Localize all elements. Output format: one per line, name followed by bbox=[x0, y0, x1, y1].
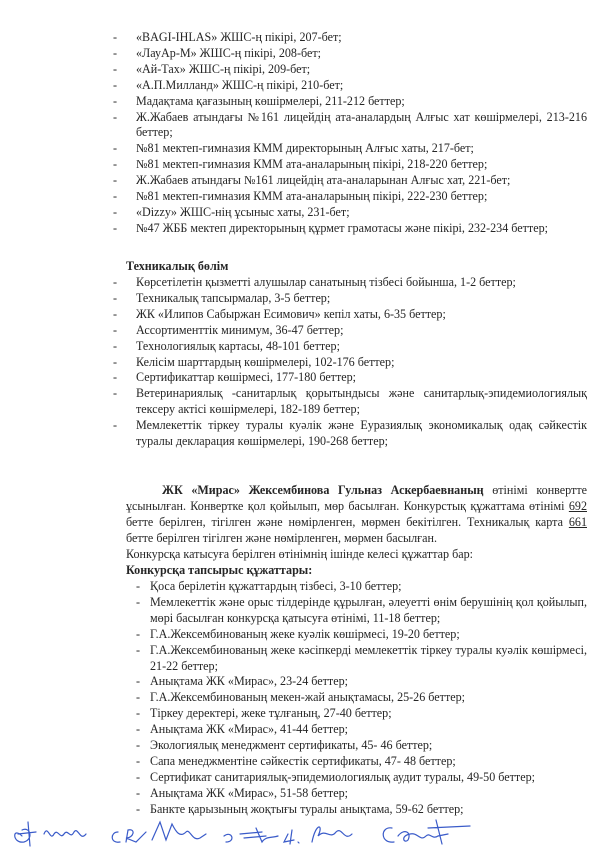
paragraph-text: бетте берілген тігілген және нөмірленген… bbox=[126, 531, 437, 545]
bullet: - bbox=[136, 754, 146, 770]
list-item: -Сапа менеджментіне сәйкестік сертификат… bbox=[126, 754, 587, 770]
bullet: - bbox=[136, 738, 146, 754]
bullet: - bbox=[136, 722, 146, 738]
item-text: ЖК «Илипов Сабыржан Есимович» кепіл хаты… bbox=[136, 307, 446, 321]
bullet: - bbox=[113, 62, 123, 78]
list-item: -«ЛауАр-М» ЖШС-ң пікірі, 208-бет; bbox=[113, 46, 587, 62]
item-text: №47 ЖББ мектеп директорының құрмет грамо… bbox=[136, 221, 548, 235]
technical-section-heading: Техникалық бөлім bbox=[126, 259, 228, 275]
bullet: - bbox=[136, 674, 146, 690]
item-text: «Dizzy» ЖШС-нің ұсыныс хаты, 231-бет; bbox=[136, 205, 350, 219]
bullet: - bbox=[136, 643, 146, 659]
list-item: -Мадақтама қағазының көшірмелері, 211-21… bbox=[113, 94, 587, 110]
list-item: -Сертификат санитариялық-эпидемиологиялы… bbox=[126, 770, 587, 786]
bullet: - bbox=[113, 110, 123, 126]
bullet: - bbox=[113, 173, 123, 189]
list-item: -Техникалық тапсырмалар, 3-5 беттер; bbox=[113, 291, 587, 307]
item-text: №81 мектеп-гимназия КММ ата-аналарының п… bbox=[136, 189, 487, 203]
list-item: -Ж.Жабаев атындағы №161 лицейдің ата-ана… bbox=[113, 173, 587, 189]
list-item: -Келісім шарттардың көшірмелері, 102-176… bbox=[113, 355, 587, 371]
paragraph-text: бетте берілген, тігілген және нөмірленге… bbox=[126, 515, 569, 529]
item-text: Мадақтама қағазының көшірмелері, 211-212… bbox=[136, 94, 405, 108]
list-item: -Ветеринариялық -санитарлық қорытындысы … bbox=[113, 386, 587, 418]
list-item: -Ассортименттік минимум, 36-47 беттер; bbox=[113, 323, 587, 339]
list-item: -Ж.Жабаев атындағы №161 лицейдің ата-ана… bbox=[113, 110, 587, 142]
document-page: -«BAGI-IHLAS» ЖШС-ң пікірі, 207-бет; -«Л… bbox=[0, 0, 601, 850]
bullet: - bbox=[136, 770, 146, 786]
bullet: - bbox=[136, 786, 146, 802]
bullet: - bbox=[113, 323, 123, 339]
signature-2 bbox=[112, 822, 206, 842]
list-item: -Экологиялық менеджмент сертификаты, 45-… bbox=[126, 738, 587, 754]
item-text: «Ай-Тах» ЖШС-ң пікірі, 209-бет; bbox=[136, 62, 310, 76]
item-text: Г.А.Жексембинованың мекен-жай анықтамасы… bbox=[150, 690, 465, 704]
bullet: - bbox=[136, 690, 146, 706]
bullet: - bbox=[113, 46, 123, 62]
bullet: - bbox=[113, 189, 123, 205]
item-text: «BAGI-IHLAS» ЖШС-ң пікірі, 207-бет; bbox=[136, 30, 342, 44]
bullet: - bbox=[113, 221, 123, 237]
tech-card-pages: 661 bbox=[569, 515, 587, 529]
signature-1 bbox=[15, 822, 86, 846]
item-text: Анықтама ЖК «Мирас», 23-24 беттер; bbox=[150, 674, 348, 688]
item-text: Сертификаттар көшірмесі, 177-180 беттер; bbox=[136, 370, 356, 384]
bullet: - bbox=[113, 157, 123, 173]
item-text: Көрсетілетін қызметті алушылар санатының… bbox=[136, 275, 516, 289]
bullet: - bbox=[136, 706, 146, 722]
item-text: №81 мектеп-гимназия КММ ата-аналарының п… bbox=[136, 157, 487, 171]
item-text: Г.А.Жексембинованың жеке кәсіпкерді мемл… bbox=[150, 643, 587, 673]
list-item: -«Ай-Тах» ЖШС-ң пікірі, 209-бет; bbox=[113, 62, 587, 78]
list-item: -№47 ЖББ мектеп директорының құрмет грам… bbox=[113, 221, 587, 237]
item-text: Экологиялық менеджмент сертификаты, 45- … bbox=[150, 738, 432, 752]
item-text: Техникалық тапсырмалар, 3-5 беттер; bbox=[136, 291, 330, 305]
appendix-list: -«BAGI-IHLAS» ЖШС-ң пікірі, 207-бет; -«Л… bbox=[113, 30, 587, 237]
list-item: -Технологиялық картасы, 48-101 беттер; bbox=[113, 339, 587, 355]
list-item: -Қоса берілетін құжаттардың тізбесі, 3-1… bbox=[126, 579, 587, 595]
list-item: -«Dizzy» ЖШС-нің ұсыныс хаты, 231-бет; bbox=[113, 205, 587, 221]
list-item: -Г.А.Жексембинованың жеке куәлік көшірме… bbox=[126, 627, 587, 643]
technical-list: -Көрсетілетін қызметті алушылар санатыны… bbox=[113, 275, 587, 450]
total-pages: 692 bbox=[569, 499, 587, 513]
bullet: - bbox=[113, 30, 123, 46]
item-text: Анықтама ЖК «Мирас», 41-44 беттер; bbox=[150, 722, 348, 736]
signature-3 bbox=[224, 827, 352, 844]
item-text: №81 мектеп-гимназия КММ директорының Алғ… bbox=[136, 141, 474, 155]
signature-4 bbox=[383, 820, 470, 844]
bullet: - bbox=[136, 595, 146, 611]
bullet: - bbox=[113, 355, 123, 371]
documents-intro: Конкурсқа катысуға берілген өтінімнің іш… bbox=[126, 547, 473, 563]
bullet: - bbox=[113, 78, 123, 94]
item-text: Тіркеу деректері, жеке тұлғаның, 27-40 б… bbox=[150, 706, 392, 720]
item-text: Ассортименттік минимум, 36-47 беттер; bbox=[136, 323, 343, 337]
item-text: Технологиялық картасы, 48-101 беттер; bbox=[136, 339, 340, 353]
item-text: «ЛауАр-М» ЖШС-ң пікірі, 208-бет; bbox=[136, 46, 321, 60]
submission-heading: Конкурсқа тапсырыс құжаттары: bbox=[126, 563, 312, 579]
item-text: Г.А.Жексембинованың жеке куәлік көшірмес… bbox=[150, 627, 460, 641]
item-text: Ж.Жабаев атындағы №161 лицейдің ата-анал… bbox=[136, 173, 510, 187]
list-item: -Анықтама ЖК «Мирас», 51-58 беттер; bbox=[126, 786, 587, 802]
list-item: -№81 мектеп-гимназия КММ директорының Ал… bbox=[113, 141, 587, 157]
bullet: - bbox=[113, 141, 123, 157]
list-item: -Көрсетілетін қызметті алушылар санатыны… bbox=[113, 275, 587, 291]
list-item: -ЖК «Илипов Сабыржан Есимович» кепіл хат… bbox=[113, 307, 587, 323]
item-text: Сертификат санитариялық-эпидемиологиялық… bbox=[150, 770, 535, 784]
bullet: - bbox=[113, 418, 123, 434]
item-text: Мемлекеттік және орыс тілдерінде құрылға… bbox=[150, 595, 587, 625]
list-item: -Мемлекеттік тіркеу туралы куәлік және Е… bbox=[113, 418, 587, 450]
item-text: Анықтама ЖК «Мирас», 51-58 беттер; bbox=[150, 786, 348, 800]
item-text: Келісім шарттардың көшірмелері, 102-176 … bbox=[136, 355, 394, 369]
list-item: -Сертификаттар көшірмесі, 177-180 беттер… bbox=[113, 370, 587, 386]
list-item: -«BAGI-IHLAS» ЖШС-ң пікірі, 207-бет; bbox=[113, 30, 587, 46]
bullet: - bbox=[113, 275, 123, 291]
item-text: Қоса берілетін құжаттардың тізбесі, 3-10… bbox=[150, 579, 401, 593]
bullet: - bbox=[113, 307, 123, 323]
list-item: -Мемлекеттік және орыс тілдерінде құрылғ… bbox=[126, 595, 587, 627]
list-item: -Анықтама ЖК «Мирас», 41-44 беттер; bbox=[126, 722, 587, 738]
submission-list: -Қоса берілетін құжаттардың тізбесі, 3-1… bbox=[126, 579, 587, 818]
applicant-name: ЖК «Мирас» Жексембинова Гульназ Аскербае… bbox=[126, 483, 484, 497]
list-item: -№81 мектеп-гимназия КММ ата-аналарының … bbox=[113, 157, 587, 173]
applicant-paragraph: ЖК «Мирас» Жексембинова Гульназ Аскербае… bbox=[126, 483, 587, 547]
item-text: «А.П.Милланд» ЖШС-ң пікірі, 210-бет; bbox=[136, 78, 343, 92]
list-item: -Тіркеу деректері, жеке тұлғаның, 27-40 … bbox=[126, 706, 587, 722]
bullet: - bbox=[113, 370, 123, 386]
bullet: - bbox=[136, 627, 146, 643]
bullet: - bbox=[113, 94, 123, 110]
handwritten-signatures bbox=[0, 812, 601, 850]
bullet: - bbox=[113, 291, 123, 307]
list-item: -Г.А.Жексембинованың мекен-жай анықтамас… bbox=[126, 690, 587, 706]
item-text: Ж.Жабаев атындағы №161 лицейдің ата-анал… bbox=[136, 110, 587, 140]
bullet: - bbox=[113, 205, 123, 221]
item-text: Сапа менеджментіне сәйкестік сертификаты… bbox=[150, 754, 456, 768]
item-text: Ветеринариялық -санитарлық қорытындысы ж… bbox=[136, 386, 587, 416]
list-item: -Анықтама ЖК «Мирас», 23-24 беттер; bbox=[126, 674, 587, 690]
item-text: Мемлекеттік тіркеу туралы куәлік және Еу… bbox=[136, 418, 587, 448]
bullet: - bbox=[113, 386, 123, 402]
list-item: -№81 мектеп-гимназия КММ ата-аналарының … bbox=[113, 189, 587, 205]
list-item: -«А.П.Милланд» ЖШС-ң пікірі, 210-бет; bbox=[113, 78, 587, 94]
bullet: - bbox=[113, 339, 123, 355]
list-item: -Г.А.Жексембинованың жеке кәсіпкерді мем… bbox=[126, 643, 587, 675]
bullet: - bbox=[136, 579, 146, 595]
